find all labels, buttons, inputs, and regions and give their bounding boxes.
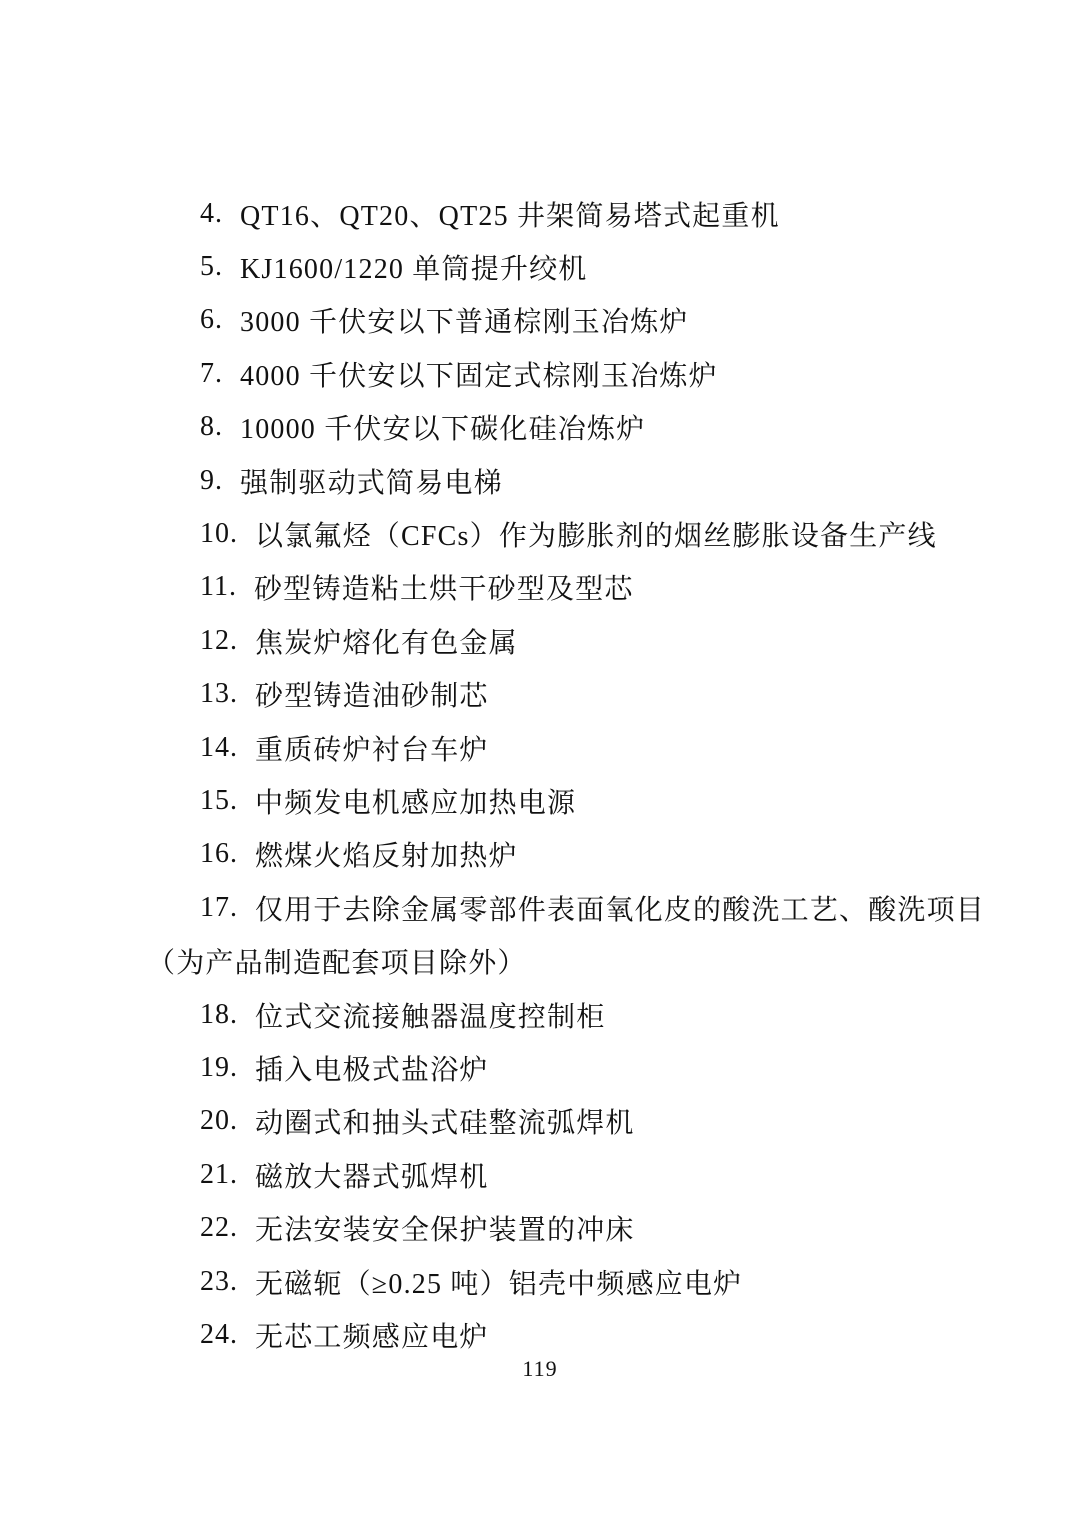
list-item: 12.焦炭炉熔化有色金属 <box>147 614 950 667</box>
list-item: 9.强制驱动式简易电梯 <box>147 454 950 507</box>
item-number: 21. <box>200 1159 238 1191</box>
item-text: 焦炭炉熔化有色金属 <box>255 621 518 661</box>
list-item: 5.KJ1600/1220 单筒提升绞机 <box>147 240 950 293</box>
item-text: 插入电极式盐浴炉 <box>255 1048 489 1088</box>
list-item: 21.磁放大器式弧焊机 <box>147 1148 950 1201</box>
list-item: 7.4000 千伏安以下固定式棕刚玉冶炼炉 <box>147 347 950 400</box>
item-text: 燃煤火焰反射加热炉 <box>255 834 518 874</box>
item-text: QT16、QT20、QT25 井架简易塔式起重机 <box>240 194 780 234</box>
item-number: 7. <box>200 358 223 390</box>
item-number: 9. <box>200 465 223 497</box>
item-text: （为产品制造配套项目除外） <box>147 941 527 981</box>
item-number: 5. <box>200 251 223 283</box>
item-text: 强制驱动式简易电梯 <box>240 461 503 501</box>
list-item: 18.位式交流接触器温度控制柜 <box>147 988 950 1041</box>
document-page: 4.QT16、QT20、QT25 井架简易塔式起重机5.KJ1600/1220 … <box>0 0 1080 1527</box>
item-text: 重质砖炉衬台车炉 <box>255 728 489 768</box>
item-text: 无磁轭（≥0.25 吨）铝壳中频感应电炉 <box>255 1262 742 1302</box>
list-item: 24.无芯工频感应电炉 <box>147 1308 950 1361</box>
item-text: 以氯氟烃（CFCs）作为膨胀剂的烟丝膨胀设备生产线 <box>255 514 937 554</box>
list-item: 10.以氯氟烃（CFCs）作为膨胀剂的烟丝膨胀设备生产线 <box>147 507 950 560</box>
item-number: 19. <box>200 1052 238 1084</box>
list-item: 6.3000 千伏安以下普通棕刚玉冶炼炉 <box>147 294 950 347</box>
item-text: 3000 千伏安以下普通棕刚玉冶炼炉 <box>240 300 689 340</box>
item-number: 22. <box>200 1212 238 1244</box>
item-text: 砂型铸造粘土烘干砂型及型芯 <box>254 567 634 607</box>
item-number: 16. <box>200 838 238 870</box>
list-item: 22.无法安装安全保护装置的冲床 <box>147 1201 950 1254</box>
item-text: 位式交流接触器温度控制柜 <box>255 995 605 1035</box>
item-text: 砂型铸造油砂制芯 <box>255 674 489 714</box>
item-number: 15. <box>200 785 238 817</box>
list-item: 4.QT16、QT20、QT25 井架简易塔式起重机 <box>147 187 950 240</box>
list-item: 15.中频发电机感应加热电源 <box>147 774 950 827</box>
list-item: 8.10000 千伏安以下碳化硅冶炼炉 <box>147 401 950 454</box>
item-text: KJ1600/1220 单筒提升绞机 <box>240 247 588 287</box>
list-item: 17.仅用于去除金属零部件表面氧化皮的酸洗工艺、酸洗项目 <box>147 881 950 934</box>
item-number: 6. <box>200 304 223 336</box>
prohibited-items-list: 4.QT16、QT20、QT25 井架简易塔式起重机5.KJ1600/1220 … <box>147 187 950 1362</box>
list-item: 16.燃煤火焰反射加热炉 <box>147 828 950 881</box>
list-item: 20.动圈式和抽头式硅整流弧焊机 <box>147 1095 950 1148</box>
item-number: 24. <box>200 1319 238 1351</box>
item-number: 4. <box>200 198 223 230</box>
item-text: 无法安装安全保护装置的冲床 <box>255 1208 635 1248</box>
item-text: 仅用于去除金属零部件表面氧化皮的酸洗工艺、酸洗项目 <box>255 888 985 928</box>
item-text: 动圈式和抽头式硅整流弧焊机 <box>255 1101 635 1141</box>
list-item: 14.重质砖炉衬台车炉 <box>147 721 950 774</box>
item-number: 11. <box>200 571 237 603</box>
item-text: 无芯工频感应电炉 <box>255 1315 489 1355</box>
item-number: 14. <box>200 732 238 764</box>
list-item: 23.无磁轭（≥0.25 吨）铝壳中频感应电炉 <box>147 1255 950 1308</box>
list-item: 19.插入电极式盐浴炉 <box>147 1041 950 1094</box>
item-text: 10000 千伏安以下碳化硅冶炼炉 <box>240 407 645 447</box>
item-number: 23. <box>200 1266 238 1298</box>
item-text: 中频发电机感应加热电源 <box>255 781 576 821</box>
item-number: 13. <box>200 678 238 710</box>
item-number: 10. <box>200 518 238 550</box>
item-number: 18. <box>200 999 238 1031</box>
item-number: 12. <box>200 625 238 657</box>
item-text: 磁放大器式弧焊机 <box>255 1155 489 1195</box>
item-text: 4000 千伏安以下固定式棕刚玉冶炼炉 <box>240 354 718 394</box>
item-number: 17. <box>200 892 238 924</box>
list-item: 13.砂型铸造油砂制芯 <box>147 668 950 721</box>
page-number: 119 <box>0 1356 1080 1382</box>
list-item-continuation: （为产品制造配套项目除外） <box>147 934 950 987</box>
list-item: 11.砂型铸造粘土烘干砂型及型芯 <box>147 561 950 614</box>
item-number: 8. <box>200 411 223 443</box>
item-number: 20. <box>200 1105 238 1137</box>
